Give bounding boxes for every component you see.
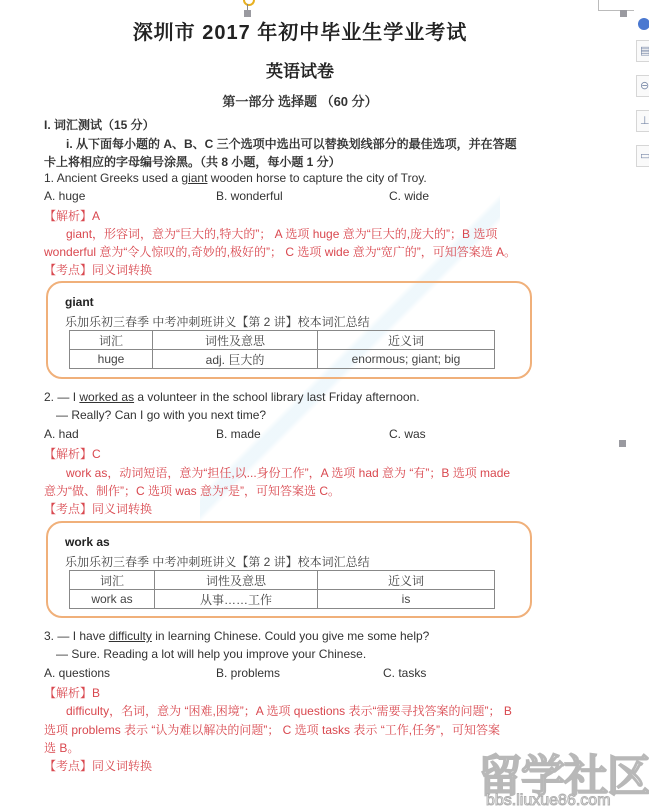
- question-2-analysis-label: 【解析】C: [44, 445, 101, 462]
- vocab-table: 词汇 词性及意思 近义词 huge adj. 巨大的 enormous; gia…: [69, 330, 495, 369]
- question-3-analysis-line-2: 选项 problems 表示 “认为难以解决的问题”； C 选项 tasks 表…: [44, 721, 500, 738]
- site-watermark: 留学社区 bbs.liuxue86.com: [478, 740, 648, 812]
- rotate-handle[interactable]: [243, 0, 255, 6]
- question-1-analysis-label: 【解析】A: [44, 207, 100, 224]
- resize-handle-top-right[interactable]: [620, 10, 627, 17]
- question-1-option-c: C. wide: [389, 189, 429, 203]
- question-3-kaodian: 【考点】同义词转换: [44, 757, 152, 774]
- underlined-word: worked as: [79, 390, 134, 404]
- section-heading: I. 词汇测试（15 分）: [44, 116, 155, 133]
- question-1-analysis-line-2: wonderful 意为“令人惊叹的,奇妙的,极好的”； C 选项 wide 意…: [44, 243, 516, 260]
- question-2-option-b: B. made: [216, 427, 261, 441]
- vocab-source: 乐加乐初三春季 中考冲刺班讲义【第 2 讲】校本词汇总结: [65, 313, 370, 330]
- image-side-toolbar: ▤ ⊖ ⊥ ▭: [636, 18, 649, 180]
- question-2-stem-line-2: — Really? Can I go with you next time?: [56, 408, 266, 422]
- question-1-analysis-line-1: giant，形容词，意为“巨大的,特大的”； A 选项 huge 意为“巨大的,…: [66, 225, 497, 242]
- question-3-option-b: B. problems: [216, 666, 280, 680]
- question-3-analysis-label: 【解析】B: [44, 684, 100, 701]
- vocab-source: 乐加乐初三春季 中考冲刺班讲义【第 2 讲】校本词汇总结: [65, 553, 370, 570]
- question-3-analysis-line-1: difficulty，名词，意为 “困难,困境”；A 选项 questions …: [66, 702, 512, 719]
- question-2-analysis-line-1: work as，动词短语，意为“担任,以...身份工作”，A 选项 had 意为…: [66, 464, 510, 481]
- underlined-word: giant: [181, 171, 207, 185]
- wrap-icon[interactable]: ▭: [636, 145, 649, 167]
- vocab-word: work as: [65, 535, 110, 549]
- watermark-url: bbs.liuxue86.com: [486, 792, 611, 810]
- question-1-option-a: A. huge: [44, 189, 85, 203]
- zoom-icon[interactable]: ⊖: [636, 75, 649, 97]
- question-2-vocab-box: work as 乐加乐初三春季 中考冲刺班讲义【第 2 讲】校本词汇总结 词汇 …: [46, 521, 532, 618]
- selection-frame: [598, 0, 634, 11]
- document-subtitle: 英语试卷: [0, 57, 600, 82]
- document-title: 深圳市 2017 年初中毕业生学业考试: [0, 16, 600, 45]
- question-3-option-c: C. tasks: [383, 666, 426, 680]
- question-1-stem: 1. Ancient Greeks used a giant wooden ho…: [44, 171, 427, 185]
- part-heading: 第一部分 选择题 （60 分）: [0, 91, 600, 110]
- question-2-stem: 2. — I worked as a volunteer in the scho…: [44, 390, 420, 404]
- instruction-line-1: i. 从下面每小题的 A、B、C 三个选项中选出可以替换划线部分的最佳选项，并在…: [66, 135, 517, 152]
- question-2-option-c: C. was: [389, 427, 426, 441]
- vocab-table: 词汇 词性及意思 近义词 work as 从事……工作 is: [69, 570, 495, 609]
- question-1-kaodian: 【考点】同义词转换: [44, 261, 152, 278]
- underlined-word: difficulty: [109, 629, 152, 643]
- question-2-option-a: A. had: [44, 427, 79, 441]
- question-1-option-b: B. wonderful: [216, 189, 283, 203]
- question-3-option-a: A. questions: [44, 666, 110, 680]
- crop-icon[interactable]: ⊥: [636, 110, 649, 132]
- question-2-kaodian: 【考点】同义词转换: [44, 500, 152, 517]
- question-3-stem: 3. — I have difficulty in learning Chine…: [44, 629, 429, 643]
- question-1-vocab-box: giant 乐加乐初三春季 中考冲刺班讲义【第 2 讲】校本词汇总结 词汇 词性…: [46, 281, 532, 379]
- question-2-analysis-line-2: 意为“做、制作”；C 选项 was 意为“是”，可知答案选 C。: [44, 482, 340, 499]
- layout-options-icon[interactable]: ▤: [636, 40, 649, 62]
- question-3-stem-line-2: — Sure. Reading a lot will help you impr…: [56, 647, 366, 661]
- instruction-line-2: 卡上将相应的字母编号涂黑。（共 8 小题，每小题 1 分）: [44, 153, 341, 170]
- question-number: 1.: [44, 171, 54, 185]
- info-icon[interactable]: [638, 18, 649, 30]
- vocab-word: giant: [65, 295, 94, 309]
- question-3-analysis-line-3: 选 B。: [44, 739, 79, 756]
- resize-handle-right[interactable]: [619, 440, 626, 447]
